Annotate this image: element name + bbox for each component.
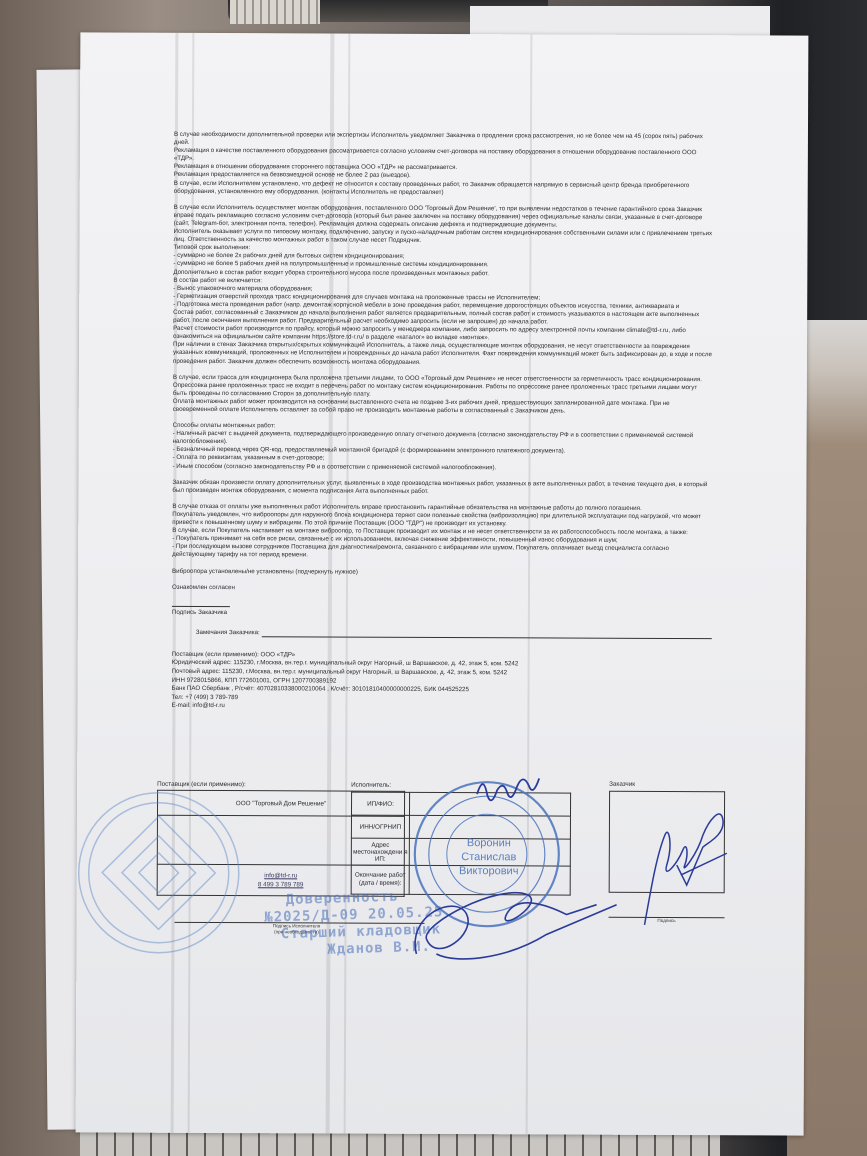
round-stamp-name-line: Станислав (461, 851, 516, 863)
background-grille (230, 0, 320, 24)
round-stamp-name-line: Воронин (467, 837, 511, 849)
customer-signature-icon (645, 814, 727, 926)
document-page: В случае необходимости дополнительной пр… (76, 32, 809, 1135)
company-stamp-icon (78, 792, 239, 953)
round-stamp-name-line: Викторович (459, 865, 518, 877)
contractor-signature-icon (415, 892, 617, 959)
stamps-and-signatures: Воронин Станислав Викторович (76, 32, 809, 1135)
